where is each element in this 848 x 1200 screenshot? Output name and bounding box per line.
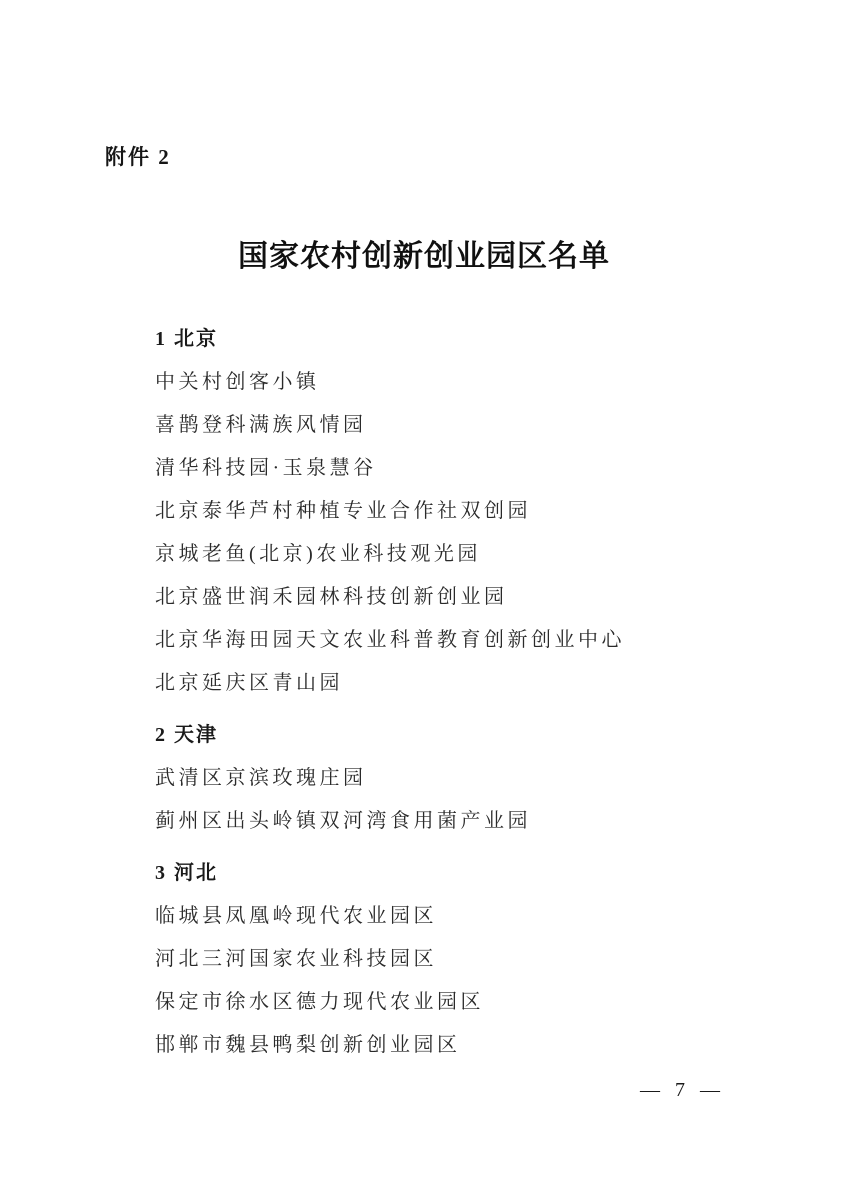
park-list-item: 喜鹊登科满族风情园: [155, 404, 788, 447]
park-list-item: 武清区京滨玫瑰庄园: [155, 757, 788, 800]
page-number: — 7 —: [640, 1079, 722, 1102]
park-list-item: 北京华海田园天文农业科普教育创新创业中心: [155, 619, 788, 662]
park-list-item: 北京延庆区青山园: [155, 662, 788, 705]
park-list-item: 北京泰华芦村种植专业合作社双创园: [155, 490, 788, 533]
section-header: 3 河北: [155, 852, 788, 895]
park-list-item: 中关村创客小镇: [155, 361, 788, 404]
attachment-label: 附件 2: [105, 141, 171, 171]
park-list-item: 邯郸市魏县鸭梨创新创业园区: [155, 1024, 788, 1067]
park-list-item: 清华科技园·玉泉慧谷: [155, 447, 788, 490]
park-list-item: 蓟州区出头岭镇双河湾食用菌产业园: [155, 800, 788, 843]
park-list-item: 北京盛世润禾园林科技创新创业园: [155, 576, 788, 619]
document-page: 附件 2 国家农村创新创业园区名单 1 北京中关村创客小镇喜鹊登科满族风情园清华…: [0, 0, 848, 1200]
park-list-item: 临城县凤凰岭现代农业园区: [155, 895, 788, 938]
section-header: 2 天津: [155, 714, 788, 757]
park-list-item: 京城老鱼(北京)农业科技观光园: [155, 533, 788, 576]
park-list-item: 河北三河国家农业科技园区: [155, 938, 788, 981]
section-header: 1 北京: [155, 318, 788, 361]
park-list-item: 保定市徐水区德力现代农业园区: [155, 981, 788, 1024]
park-sections-container: 1 北京中关村创客小镇喜鹊登科满族风情园清华科技园·玉泉慧谷北京泰华芦村种植专业…: [155, 318, 788, 1067]
page-title: 国家农村创新创业园区名单: [0, 231, 848, 275]
